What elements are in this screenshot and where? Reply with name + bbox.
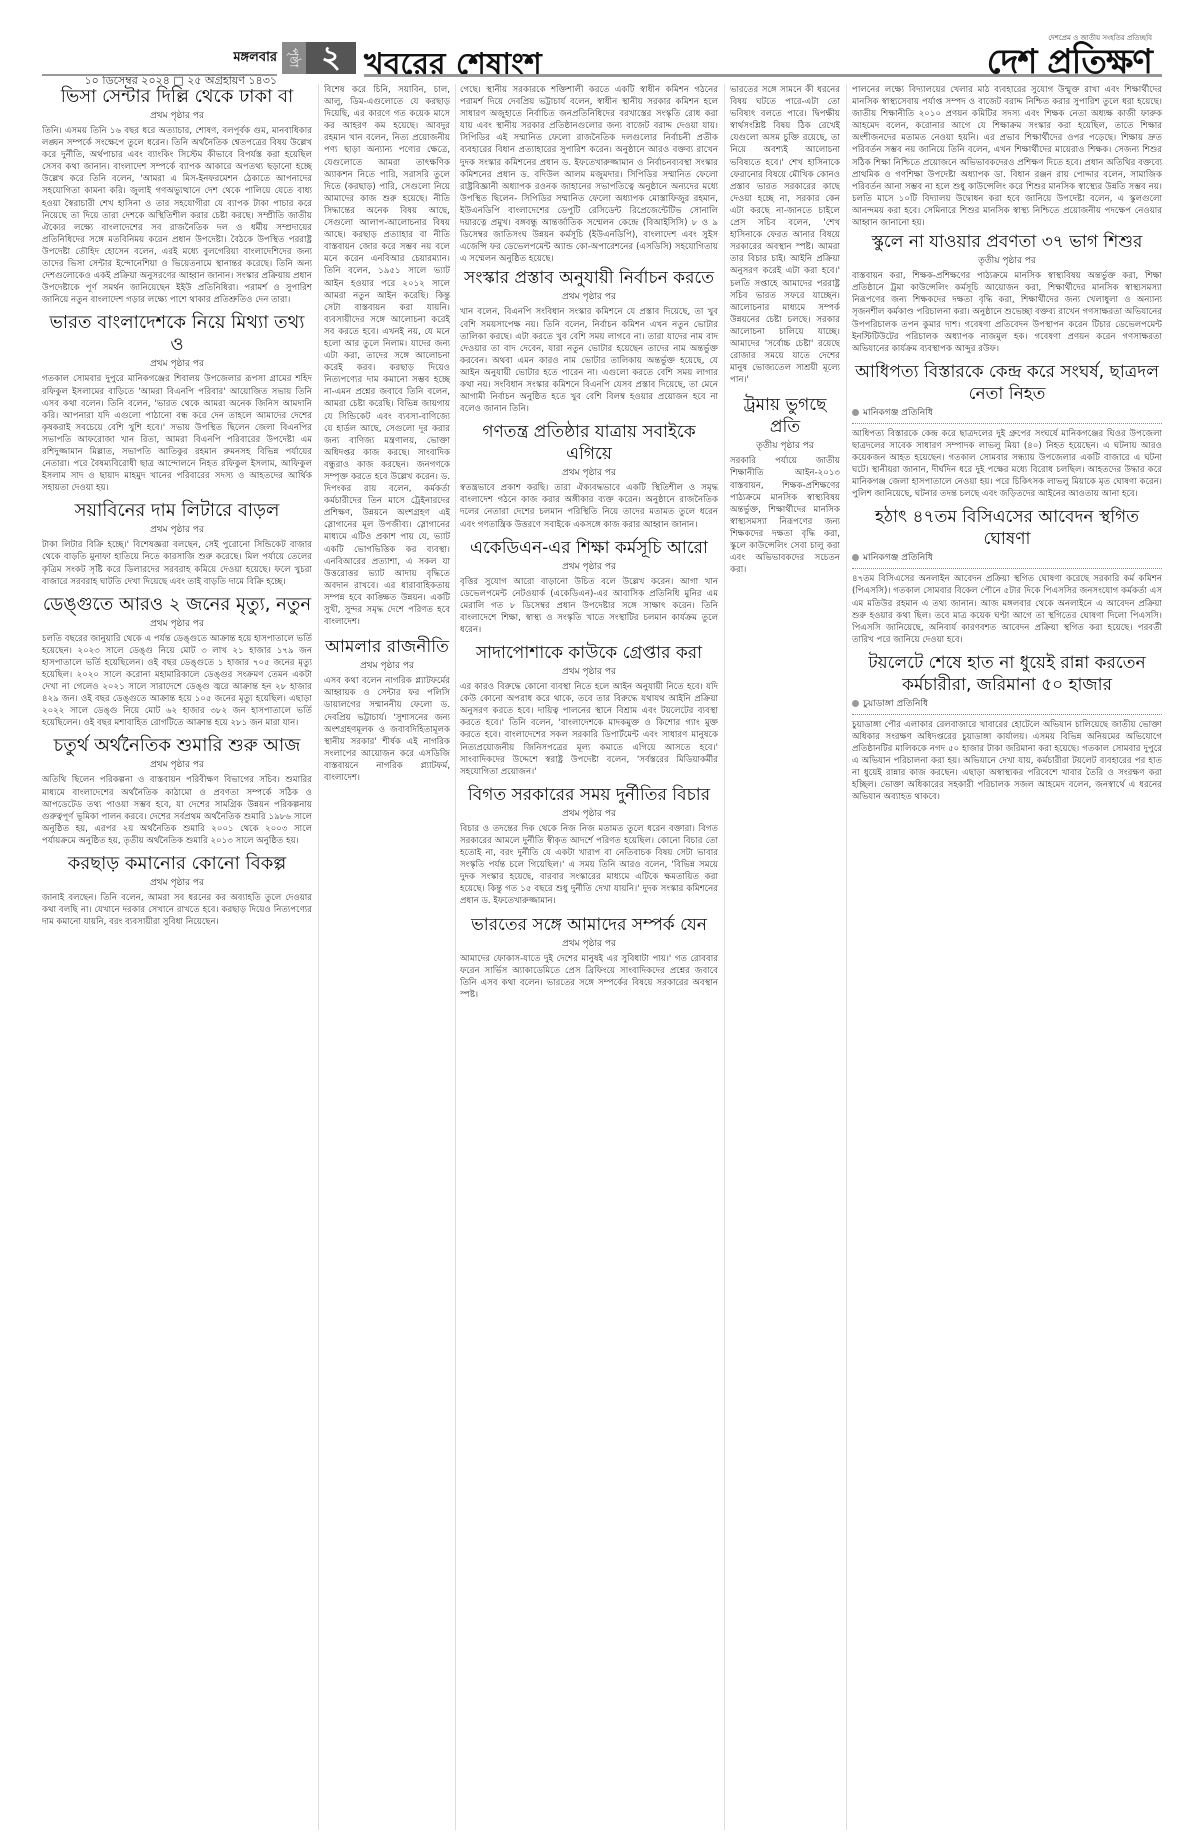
story-corruption-trial: বিগত সরকারের সময় দুর্নীতির বিচার প্রথম …: [460, 784, 718, 908]
story-body: বৃত্তির সুযোগ আরো বাড়ানো উচিত বলে উল্লে…: [460, 576, 718, 636]
headline[interactable]: ভিসা সেন্টার দিল্লি থেকে ঢাকা বা: [42, 86, 312, 108]
story-body: এসব কথা বলেন নাগরিক প্ল্যাটফর্মের আহ্বায…: [324, 675, 450, 784]
column-divider: [846, 84, 847, 1830]
headline[interactable]: চতুর্থ অর্থনৈতিক শুমারি শুরু আজ: [42, 735, 312, 757]
page-number: ২: [306, 42, 356, 74]
columns: ভিসা সেন্টার দিল্লি থেকে ঢাকা বা প্রথম প…: [42, 84, 1162, 1830]
story-body: সরকারি পর্যায়ে জাতীয় শিক্ষানীতি আইন-২০…: [730, 455, 840, 576]
story-dengue: ডেঙ্গুতে আরও ২ জনের মৃত্যু, নতুন প্রথম প…: [42, 594, 312, 730]
column-4: ভারতের সঙ্গে সামনে কী ধরনের বিষয় ঘটতে প…: [730, 84, 840, 1830]
continued-from: প্রথম পৃষ্ঠার পর: [460, 664, 718, 679]
byline: চুয়াডাঙ্গা প্রতিনিধি: [852, 696, 1162, 715]
column-3: গেছে। স্থানীয় সরকারকে শক্তিশালী করতে এক…: [460, 84, 718, 1830]
byline-text: মানিকগঞ্জ প্রতিনিধি: [863, 408, 933, 418]
headline[interactable]: সয়াবিনের দাম লিটারে বাড়ল: [42, 500, 312, 522]
story-body: চুয়াডাঙ্গা পৌর এলাকার রেলবাজারে খাবারের…: [852, 719, 1162, 804]
headline[interactable]: স্কুলে না যাওয়ার প্রবণতা ৩৭ ভাগ শিশুর: [852, 231, 1162, 253]
headline[interactable]: ভারতের সঙ্গে আমাদের সম্পর্ক যেন: [460, 914, 718, 936]
column-5: পালনের লক্ষ্যে বিদ্যালয়ের খেলার মাঠ ব্য…: [852, 84, 1162, 1830]
story-body: এর কারও বিরুদ্ধে কোনো ব্যবস্থা নিতে হলে …: [460, 681, 718, 778]
story-body: অতিথি ছিলেন পরিকল্পনা ও বাস্তবায়ন পরিবী…: [42, 774, 312, 847]
story-body-continuation: ভারতের সঙ্গে সামনে কী ধরনের বিষয় ঘটতে প…: [730, 84, 840, 386]
byline-text: মানিকগঞ্জ প্রতিনিধি: [863, 553, 933, 563]
headline[interactable]: বিগত সরকারের সময় দুর্নীতির বিচার: [460, 784, 718, 806]
continued-from: প্রথম পৃষ্ঠার পর: [460, 936, 718, 951]
story-akdn-education: একেডিএন-এর শিক্ষা কর্মসূচি আরো প্রথম পৃষ…: [460, 537, 718, 636]
story-body: বিচার ও তদন্তের দিক থেকে নিজ নিজ মতামত ত…: [460, 823, 718, 908]
continued-from: প্রথম পৃষ্ঠার পর: [42, 356, 312, 371]
story-economic-census: চতুর্থ অর্থনৈতিক শুমারি শুরু আজ প্রথম পৃ…: [42, 735, 312, 847]
byline: মানিকগঞ্জ প্রতিনিধি: [852, 550, 1162, 569]
story-body: গতকাল সোমবার দুপুরে মানিকগঞ্জের শিবালয় …: [42, 373, 312, 494]
story-body: জানাই বলছেন। তিনি বলেন, আমরা সব ধরনের কর…: [42, 892, 312, 928]
continued-from: প্রথম পৃষ্ঠার পর: [42, 616, 312, 631]
story-school-absence: স্কুলে না যাওয়ার প্রবণতা ৩৭ ভাগ শিশুর ত…: [852, 231, 1162, 355]
continued-from: প্রথম পৃষ্ঠার পর: [460, 465, 718, 480]
story-hotel-fine: টয়লেটে শেষে হাত না ধুয়েই রান্না করতেন …: [852, 652, 1162, 804]
headline[interactable]: একেডিএন-এর শিক্ষা কর্মসূচি আরো: [460, 537, 718, 559]
column-divider: [318, 84, 319, 1830]
page-tag: পৃষ্ঠা: [282, 42, 306, 74]
story-visa-center: ভিসা সেন্টার দিল্লি থেকে ঢাকা বা প্রথম প…: [42, 86, 312, 306]
continued-from: তৃতীয় পৃষ্ঠার পর: [730, 438, 840, 453]
byline-text: চুয়াডাঙ্গা প্রতিনিধি: [863, 699, 928, 709]
headline[interactable]: সাদাপোশাকে কাউকে গ্রেপ্তার করা: [460, 642, 718, 664]
continued-from: তৃতীয় পৃষ্ঠার পর: [852, 253, 1162, 268]
continued-from: প্রথম পৃষ্ঠার পর: [42, 757, 312, 772]
story-student-clash: আধিপত্য বিস্তারকে কেন্দ্র করে সংঘর্ষ, ছা…: [852, 361, 1162, 501]
headline[interactable]: আমলার রাজনীতি: [324, 636, 450, 658]
story-india-misinfo: ভারত বাংলাদেশকে নিয়ে মিথ্যা তথ্য ও প্রথ…: [42, 312, 312, 494]
story-body: আমাদের ফোকাস-যাতে দুই দেশের মানুষই এর সু…: [460, 953, 718, 1001]
continued-from: প্রথম পৃষ্ঠার পর: [42, 875, 312, 890]
headline[interactable]: হঠাৎ ৪৭তম বিসিএসের আবেদন স্থগিত ঘোষণা: [852, 506, 1162, 550]
column-divider: [724, 84, 725, 1830]
story-body: টাকা লিটার বিক্রি হচ্ছে।' বিশেষজ্ঞরা বলছ…: [42, 539, 312, 587]
weekday: মঙ্গলবার: [42, 48, 277, 69]
story-body: স্বতন্ত্রভাবে প্রকাশ করছি। তারা ঐক্যবদ্ধ…: [460, 482, 718, 530]
column-2: বিশেষ করে চিনি, সয়াবিন, চাল, আলু, ডিম-এ…: [324, 84, 450, 1830]
bullet-icon: [852, 554, 859, 561]
headline[interactable]: ডেঙ্গুতে আরও ২ জনের মৃত্যু, নতুন: [42, 594, 312, 616]
story-soybean-price: সয়াবিনের দাম লিটারে বাড়ল প্রথম পৃষ্ঠার…: [42, 500, 312, 587]
continued-from: প্রথম পৃষ্ঠার পর: [460, 559, 718, 574]
continued-from: প্রথম পৃষ্ঠার পর: [42, 108, 312, 123]
story-india-relations: ভারতের সঙ্গে আমাদের সম্পর্ক যেন প্রথম পৃ…: [460, 914, 718, 1001]
story-body: চলতি বছরের জানুয়ারি থেকে এ পর্যন্ত ডেঙ্…: [42, 633, 312, 730]
masthead-logo: দেশ প্রতিক্ষণ: [987, 44, 1152, 80]
story-body: আধিপত্য বিস্তারকে কেন্দ্র করে ছাত্রদলের …: [852, 428, 1162, 501]
story-body-continuation: গেছে। স্থানীয় সরকারকে শক্তিশালী করতে এক…: [460, 84, 718, 265]
headline[interactable]: ভারত বাংলাদেশকে নিয়ে মিথ্যা তথ্য ও: [42, 312, 312, 356]
column-1: ভিসা সেন্টার দিল্লি থেকে ঢাকা বা প্রথম প…: [42, 84, 312, 1830]
story-body: বাস্তবায়ন করা, শিক্ষক-প্রশিক্ষণের পাঠ্য…: [852, 270, 1162, 355]
story-plainclothes-arrest: সাদাপোশাকে কাউকে গ্রেপ্তার করা প্রথম পৃষ…: [460, 642, 718, 778]
headline[interactable]: ট্রমায় ভুগছে প্রতি: [730, 394, 840, 438]
byline: মানিকগঞ্জ প্রতিনিধি: [852, 405, 1162, 424]
story-body: তিনি। এসময় তিনি ১৬ বছর ধরে অত্যাচার, শো…: [42, 125, 312, 306]
bullet-icon: [852, 409, 859, 416]
story-bureaucrat-politics: আমলার রাজনীতি প্রথম পৃষ্ঠার পর এসব কথা ব…: [324, 636, 450, 784]
story-tax-exemption: করছাড় কমানোর কোনো বিকল্প প্রথম পৃষ্ঠার …: [42, 853, 312, 928]
continued-from: প্রথম পৃষ্ঠার পর: [42, 522, 312, 537]
continued-from: প্রথম পৃষ্ঠার পর: [324, 658, 450, 673]
masthead: দেশপ্রেম ও জাতীয় সংহতির প্রতিচ্ছবি দেশ …: [987, 32, 1152, 80]
story-body-continuation: পালনের লক্ষ্যে বিদ্যালয়ের খেলার মাঠ ব্য…: [852, 84, 1162, 229]
headline[interactable]: টয়লেটে শেষে হাত না ধুয়েই রান্না করতেন …: [852, 652, 1162, 696]
story-reform-election: সংস্কার প্রস্তাব অনুযায়ী নির্বাচন করতে …: [460, 267, 718, 415]
bullet-icon: [852, 700, 859, 707]
headline[interactable]: আধিপত্য বিস্তারকে কেন্দ্র করে সংঘর্ষ, ছা…: [852, 361, 1162, 405]
story-body: খান বলেন, বিএনপি সংবিধান সংস্কার কমিশনে …: [460, 306, 718, 415]
header-rule-left: [42, 74, 277, 76]
column-divider: [455, 84, 456, 1830]
continued-from: প্রথম পৃষ্ঠার পর: [460, 289, 718, 304]
headline[interactable]: গণতন্ত্র প্রতিষ্ঠার যাত্রায় সবাইকে এগিয…: [460, 421, 718, 465]
story-trauma: ট্রমায় ভুগছে প্রতি তৃতীয় পৃষ্ঠার পর সর…: [730, 394, 840, 576]
story-body-continuation: বিশেষ করে চিনি, সয়াবিন, চাল, আলু, ডিম-এ…: [324, 84, 450, 628]
story-democracy: গণতন্ত্র প্রতিষ্ঠার যাত্রায় সবাইকে এগিয…: [460, 421, 718, 530]
story-body: ৪৭তম বিসিএসের অনলাইন আবেদন প্রক্রিয়া স্…: [852, 573, 1162, 646]
story-bcs-suspended: হঠাৎ ৪৭তম বিসিএসের আবেদন স্থগিত ঘোষণা মা…: [852, 506, 1162, 646]
headline[interactable]: করছাড় কমানোর কোনো বিকল্প: [42, 853, 312, 875]
headline[interactable]: সংস্কার প্রস্তাব অনুযায়ী নির্বাচন করতে: [460, 267, 718, 289]
continued-from: প্রথম পৃষ্ঠার পর: [460, 806, 718, 821]
newspaper-page: মঙ্গলবার ১০ ডিসেম্বর ২০২৪ □ ২৫ অগ্রহায়ণ…: [42, 40, 1162, 1830]
